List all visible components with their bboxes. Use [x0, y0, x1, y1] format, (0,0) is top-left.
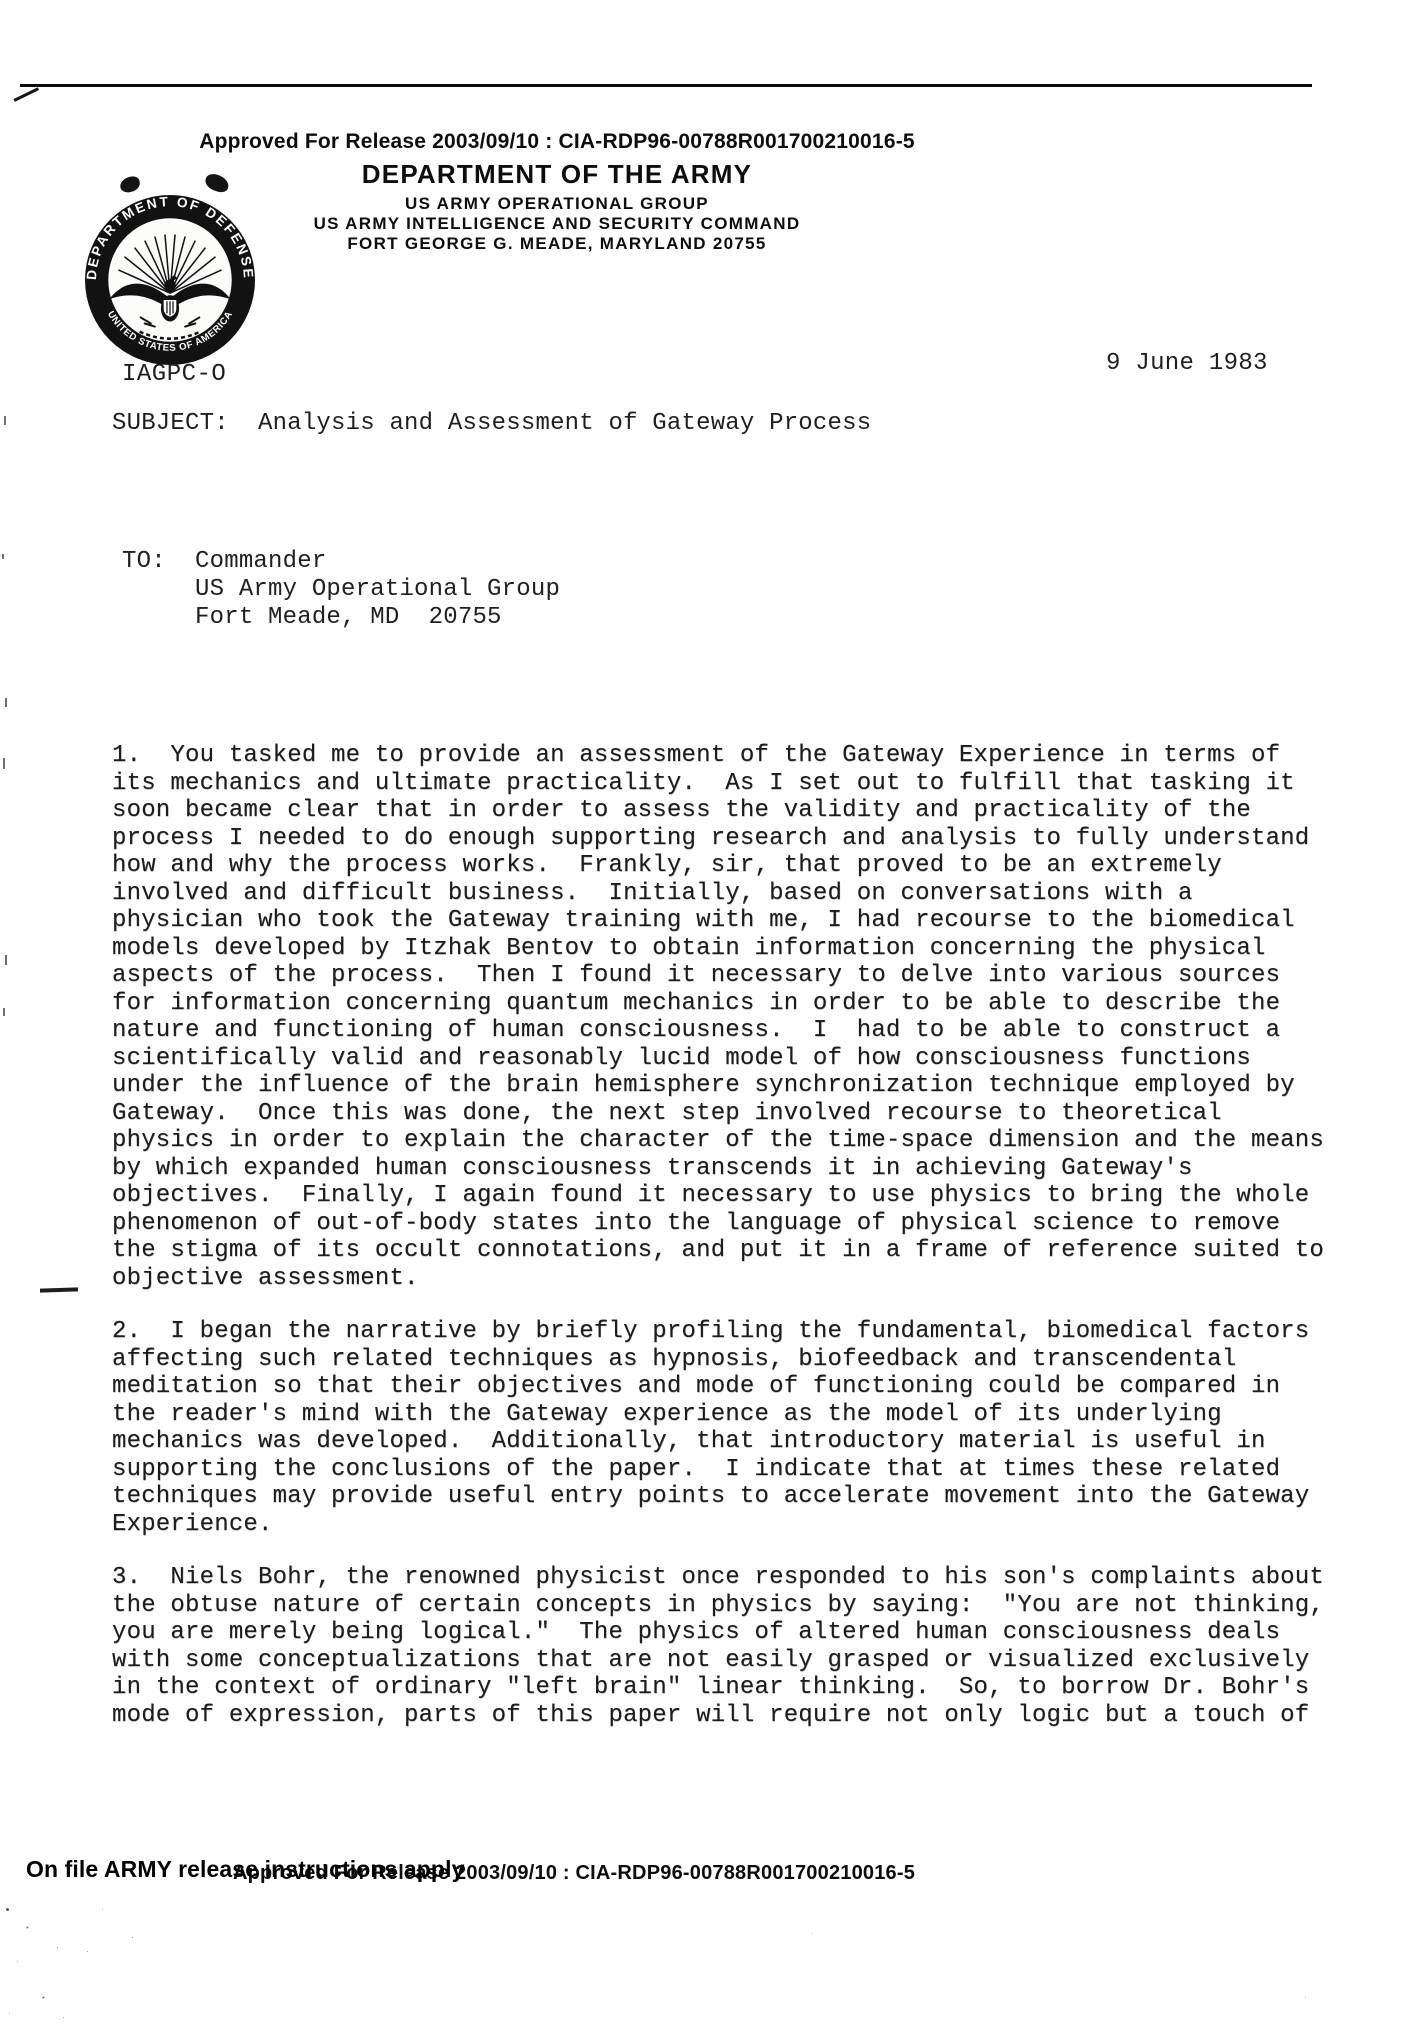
army-release-stamp: On file ARMY release instructions apply [26, 1856, 464, 1883]
office-code: IAGPC-O [122, 361, 226, 388]
margin-scan-tick [5, 955, 7, 965]
margin-scan-tick [2, 554, 4, 559]
scan-noise-dots [6, 1908, 9, 1911]
body-paragraph-2: 2. I began the narrative by briefly prof… [112, 1318, 1309, 1538]
dod-seal-icon: DEPARTMENT OF DEFENSE UNITED STATES OF A… [84, 194, 256, 366]
department-title: DEPARTMENT OF THE ARMY [0, 159, 1114, 190]
margin-scan-tick [3, 1008, 5, 1016]
date-line: 9 June 1983 [1106, 350, 1268, 377]
subject-line: SUBJECT: Analysis and Assessment of Gate… [112, 410, 871, 437]
margin-scan-tick [4, 416, 6, 425]
corner-scan-mark [13, 87, 38, 101]
to-address-block: TO: Commander US Army Operational Group … [122, 548, 560, 632]
top-scan-rule [20, 84, 1312, 87]
scanned-page: Approved For Release 2003/09/10 : CIA-RD… [0, 0, 1428, 2028]
body-paragraph-3: 3. Niels Bohr, the renowned physicist on… [112, 1564, 1324, 1729]
margin-scan-tick [5, 698, 7, 707]
approved-release-header: Approved For Release 2003/09/10 : CIA-RD… [0, 130, 1114, 154]
margin-scan-tick [3, 758, 5, 769]
margin-dash-mark [40, 1287, 78, 1292]
body-paragraph-1: 1. You tasked me to provide an assessmen… [112, 742, 1324, 1292]
